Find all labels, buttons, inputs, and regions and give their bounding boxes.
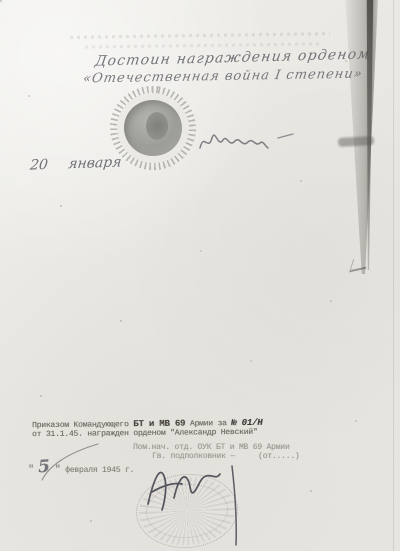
signer-name-parenthetical: (от.....) (258, 452, 299, 461)
paper-specks (0, 0, 2, 2)
signer-title-line1: Пом.нач. отд. ОУК БТ и МВ 69 Армии (133, 443, 289, 452)
scanned-award-document-page: Достоин награждения орденом «Отечественн… (0, 0, 400, 551)
handwritten-resolution-line2: «Отечественная война I степени» (82, 67, 364, 87)
pen-flourish-stroke (34, 440, 104, 482)
fold-end-tick-mark (349, 256, 370, 273)
handwritten-date: 20 января (29, 154, 122, 173)
approval-signature (196, 118, 306, 160)
officer-signature (140, 452, 250, 550)
order-line1-unit: БТ и МВ 69 (133, 419, 185, 430)
seal-emblem (146, 112, 168, 140)
bleed-through-line (70, 32, 330, 39)
fold-smudge-mark (338, 136, 374, 147)
scan-edge-line (393, 0, 394, 551)
order-line1-number: № 01/Н (231, 418, 262, 428)
order-line-2: от 31.1.45. награжден орденом "Александр… (32, 428, 258, 439)
quote-open: " (28, 465, 34, 476)
